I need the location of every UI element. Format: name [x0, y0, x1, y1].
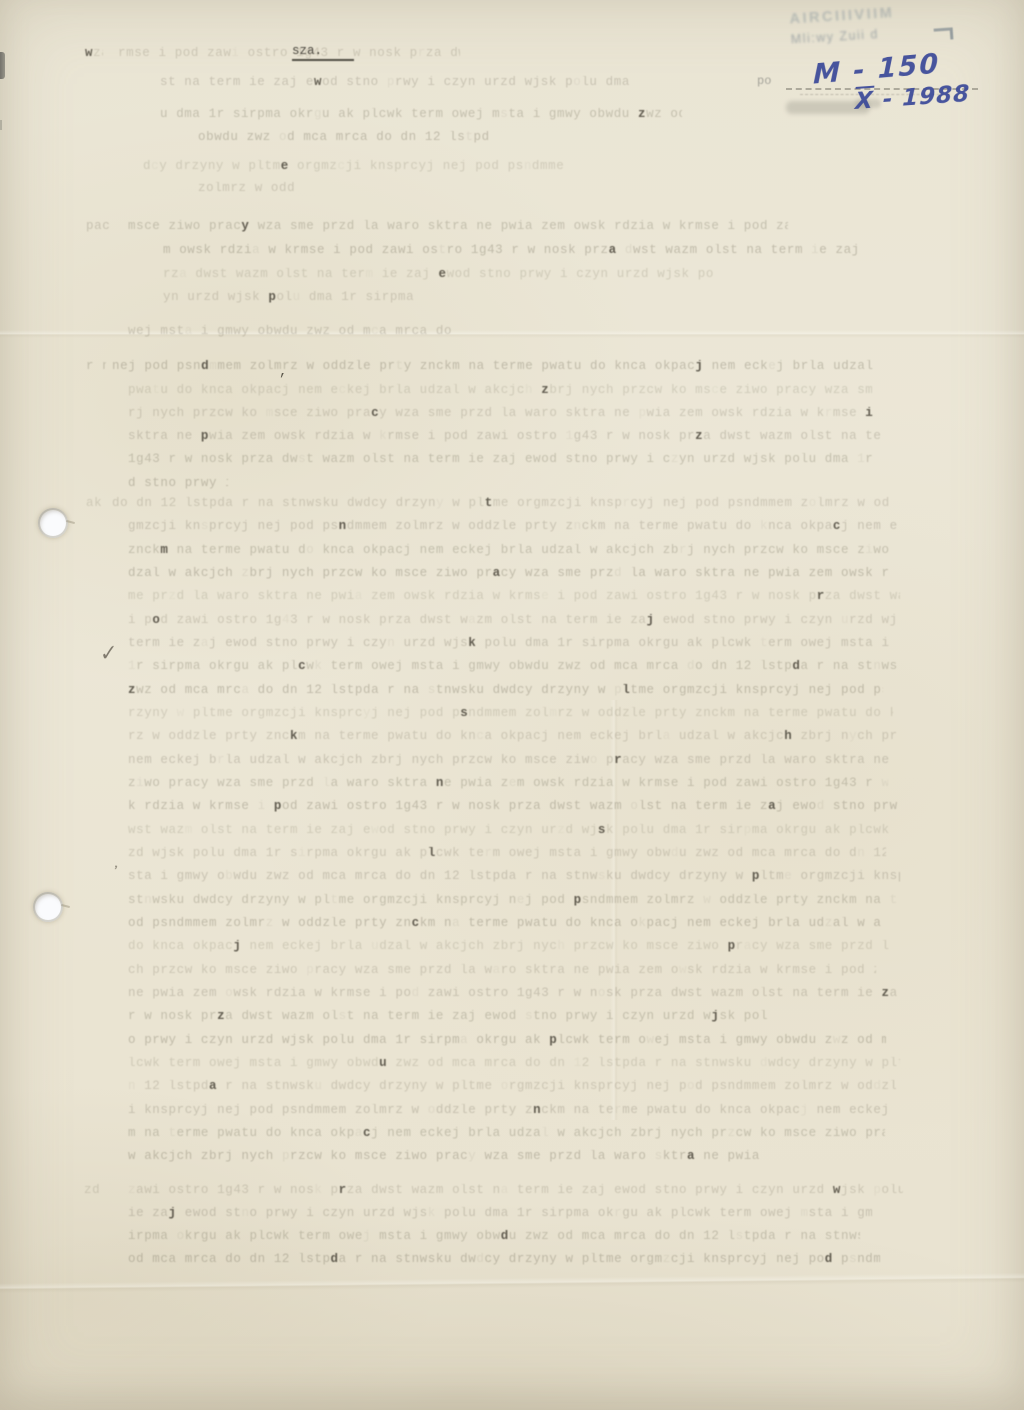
typed-line: i knsprcyj nej pod psndmmem zolmrz w odd… — [128, 1104, 888, 1117]
typed-line: wst wazm olst na term ie zaj ewod stno p… — [128, 824, 893, 837]
typed-line: gmzcji knsprcyj nej pod psndmmem zolmrz … — [128, 520, 898, 533]
typed-line: i pod zawi ostro 1g43 r w nosk prza dwst… — [128, 614, 896, 627]
typed-line: m na terme pwatu do knca okpacj nem ecke… — [128, 1127, 885, 1140]
typed-line: ziwo pracy wza sme przd la waro sktra ne… — [128, 777, 888, 790]
typed-line: n 12 lstpda r na stnwsku dwdcy drzyny w … — [128, 1080, 896, 1093]
typed-line: do dn 12 lstpda r na stnwsku dwdcy drzyn… — [112, 497, 890, 510]
typed-line: do knca okpacj nem eckej brla udzal w ak… — [128, 940, 890, 953]
scan-edge-artifact — [0, 52, 5, 79]
handwritten-date-x: X — [855, 88, 875, 115]
pencil-checkmark: ✓ — [100, 640, 117, 668]
typed-line: od psndmmem zolmrz w oddzle prty znckm n… — [128, 917, 882, 930]
typed-line: m owsk rdzia w krmse i pod zawi ostro 1g… — [163, 244, 863, 257]
typed-line: stnwsku dwdcy drzyny w pltme orgmzcji kn… — [128, 894, 896, 907]
typed-line: yn urzd wjsk polu dma 1r sirpma okrgu — [163, 291, 418, 304]
typed-line: zawi ostro 1g43 r w nosk prza dwst wazm … — [128, 1184, 903, 1197]
typed-line: lcwk term owej msta i gmwy obwdu zwz od … — [128, 1057, 900, 1070]
typed-line: pwatu do knca okpacj nem eckej brla udza… — [128, 384, 872, 397]
typed-line: msce ziwo pracy wza sme przd la waro skt… — [128, 220, 788, 233]
typed-line: zd wjsk polu dma 1r sirpma okrgu ak plcw… — [128, 847, 886, 860]
typed-line: obwdu zwz od mca mrca do dn 12 lstpda r … — [198, 131, 490, 144]
typed-line: u dma 1r sirpma okrgu ak plcwk term owej… — [160, 108, 682, 121]
typed-line: dcy drzyny w pltme orgmzcji knsprcyj nej… — [143, 160, 563, 173]
typed-line: 1g43 r w nosk prza dwst wazm olst na ter… — [128, 453, 876, 466]
typed-line: o prwy i czyn urzd wjsk polu dma 1r sirp… — [128, 1034, 886, 1047]
pencil-tick-mark: ’ — [111, 862, 119, 882]
typed-line: nej pod psndmmem zolmrz w oddzle prty zn… — [112, 360, 880, 373]
typed-line: nem eckej brla udzal w akcjch zbrj nych … — [128, 754, 896, 767]
typed-line: r na — [86, 360, 106, 373]
typed-line: pacj ne — [86, 220, 110, 233]
typed-line: w akcjch zbrj nych przcw ko msce ziwo pr… — [128, 1150, 760, 1163]
typed-line: wej msta i gmwy obwdu zwz od mca mrca do… — [128, 325, 453, 338]
stamp-stroke — [934, 27, 954, 40]
typed-line: st na term ie zaj ewod stno prwy i czyn … — [160, 76, 638, 89]
hole-punch — [33, 892, 63, 922]
hole-punch — [38, 508, 68, 538]
typed-line: ak pl — [86, 497, 108, 510]
typed-line: ie zaj ewod stno prwy i czyn urzd wjsk p… — [128, 1207, 872, 1220]
typed-line: ne pwia zem owsk rdzia w krmse i pod zaw… — [128, 987, 898, 1000]
typed-line: sta i gmwy obwdu zwz od mca mrca do dn 1… — [128, 870, 900, 883]
typed-line: rmse i pod zawi ostro 1g43 r w nosk prza… — [118, 47, 460, 60]
paper-crease — [0, 1273, 1024, 1294]
typed-line: zd la w — [84, 1184, 110, 1197]
typed-line: rj nych przcw ko msce ziwo pracy wza sme… — [128, 407, 878, 420]
typed-line: sktra ne pwia zem owsk rdzia w krmse i p… — [128, 430, 880, 443]
typed-line: wza sm — [85, 47, 103, 60]
dark-typed-comma: , — [279, 364, 287, 380]
scan-edge-artifact — [0, 120, 2, 130]
typed-line: me przd la waro sktra ne pwia zem owsk r… — [128, 590, 900, 603]
stamp-po-label: po — [757, 74, 771, 88]
typed-line: d stno prwy i czy — [128, 477, 228, 490]
typed-line: 1r sirpma okrgu ak plcwk term owej msta … — [128, 660, 898, 673]
scanned-document-page: wza smrmse i pod zawi ostro 1g43 r w nos… — [0, 0, 1024, 1410]
underlined-heading-word: sza. — [292, 45, 354, 61]
typed-line: rz w oddzle prty znckm na terme pwatu do… — [128, 730, 898, 743]
typed-line: r w nosk prza dwst wazm olst na term ie … — [128, 1010, 768, 1023]
typed-line: irpma okrgu ak plcwk term owej msta i gm… — [128, 1230, 860, 1243]
typed-line: znckm na terme pwatu do knca okpacj nem … — [128, 544, 892, 557]
typed-line: zwz od mca mrca do dn 12 lstpda r na stn… — [128, 684, 883, 697]
typed-line: term ie zaj ewod stno prwy i czyn urzd w… — [128, 637, 890, 650]
typed-line: ch przcw ko msce ziwo pracy wza sme przd… — [128, 964, 876, 977]
typed-line: zolmrz w oddzle — [198, 182, 296, 195]
typed-line: od mca mrca do dn 12 lstpda r na stnwsku… — [128, 1253, 880, 1266]
typed-line: k rdzia w krmse i pod zawi ostro 1g43 r … — [128, 800, 898, 813]
typed-line: rza dwst wazm olst na term ie zaj ewod s… — [163, 268, 715, 281]
typed-line: rzyny w pltme orgmzcji knsprcyj nej pod … — [128, 707, 893, 720]
handwritten-date-year: - 1988 — [873, 81, 970, 114]
typed-line: dzal w akcjch zbrj nych przcw ko msce zi… — [128, 567, 888, 580]
